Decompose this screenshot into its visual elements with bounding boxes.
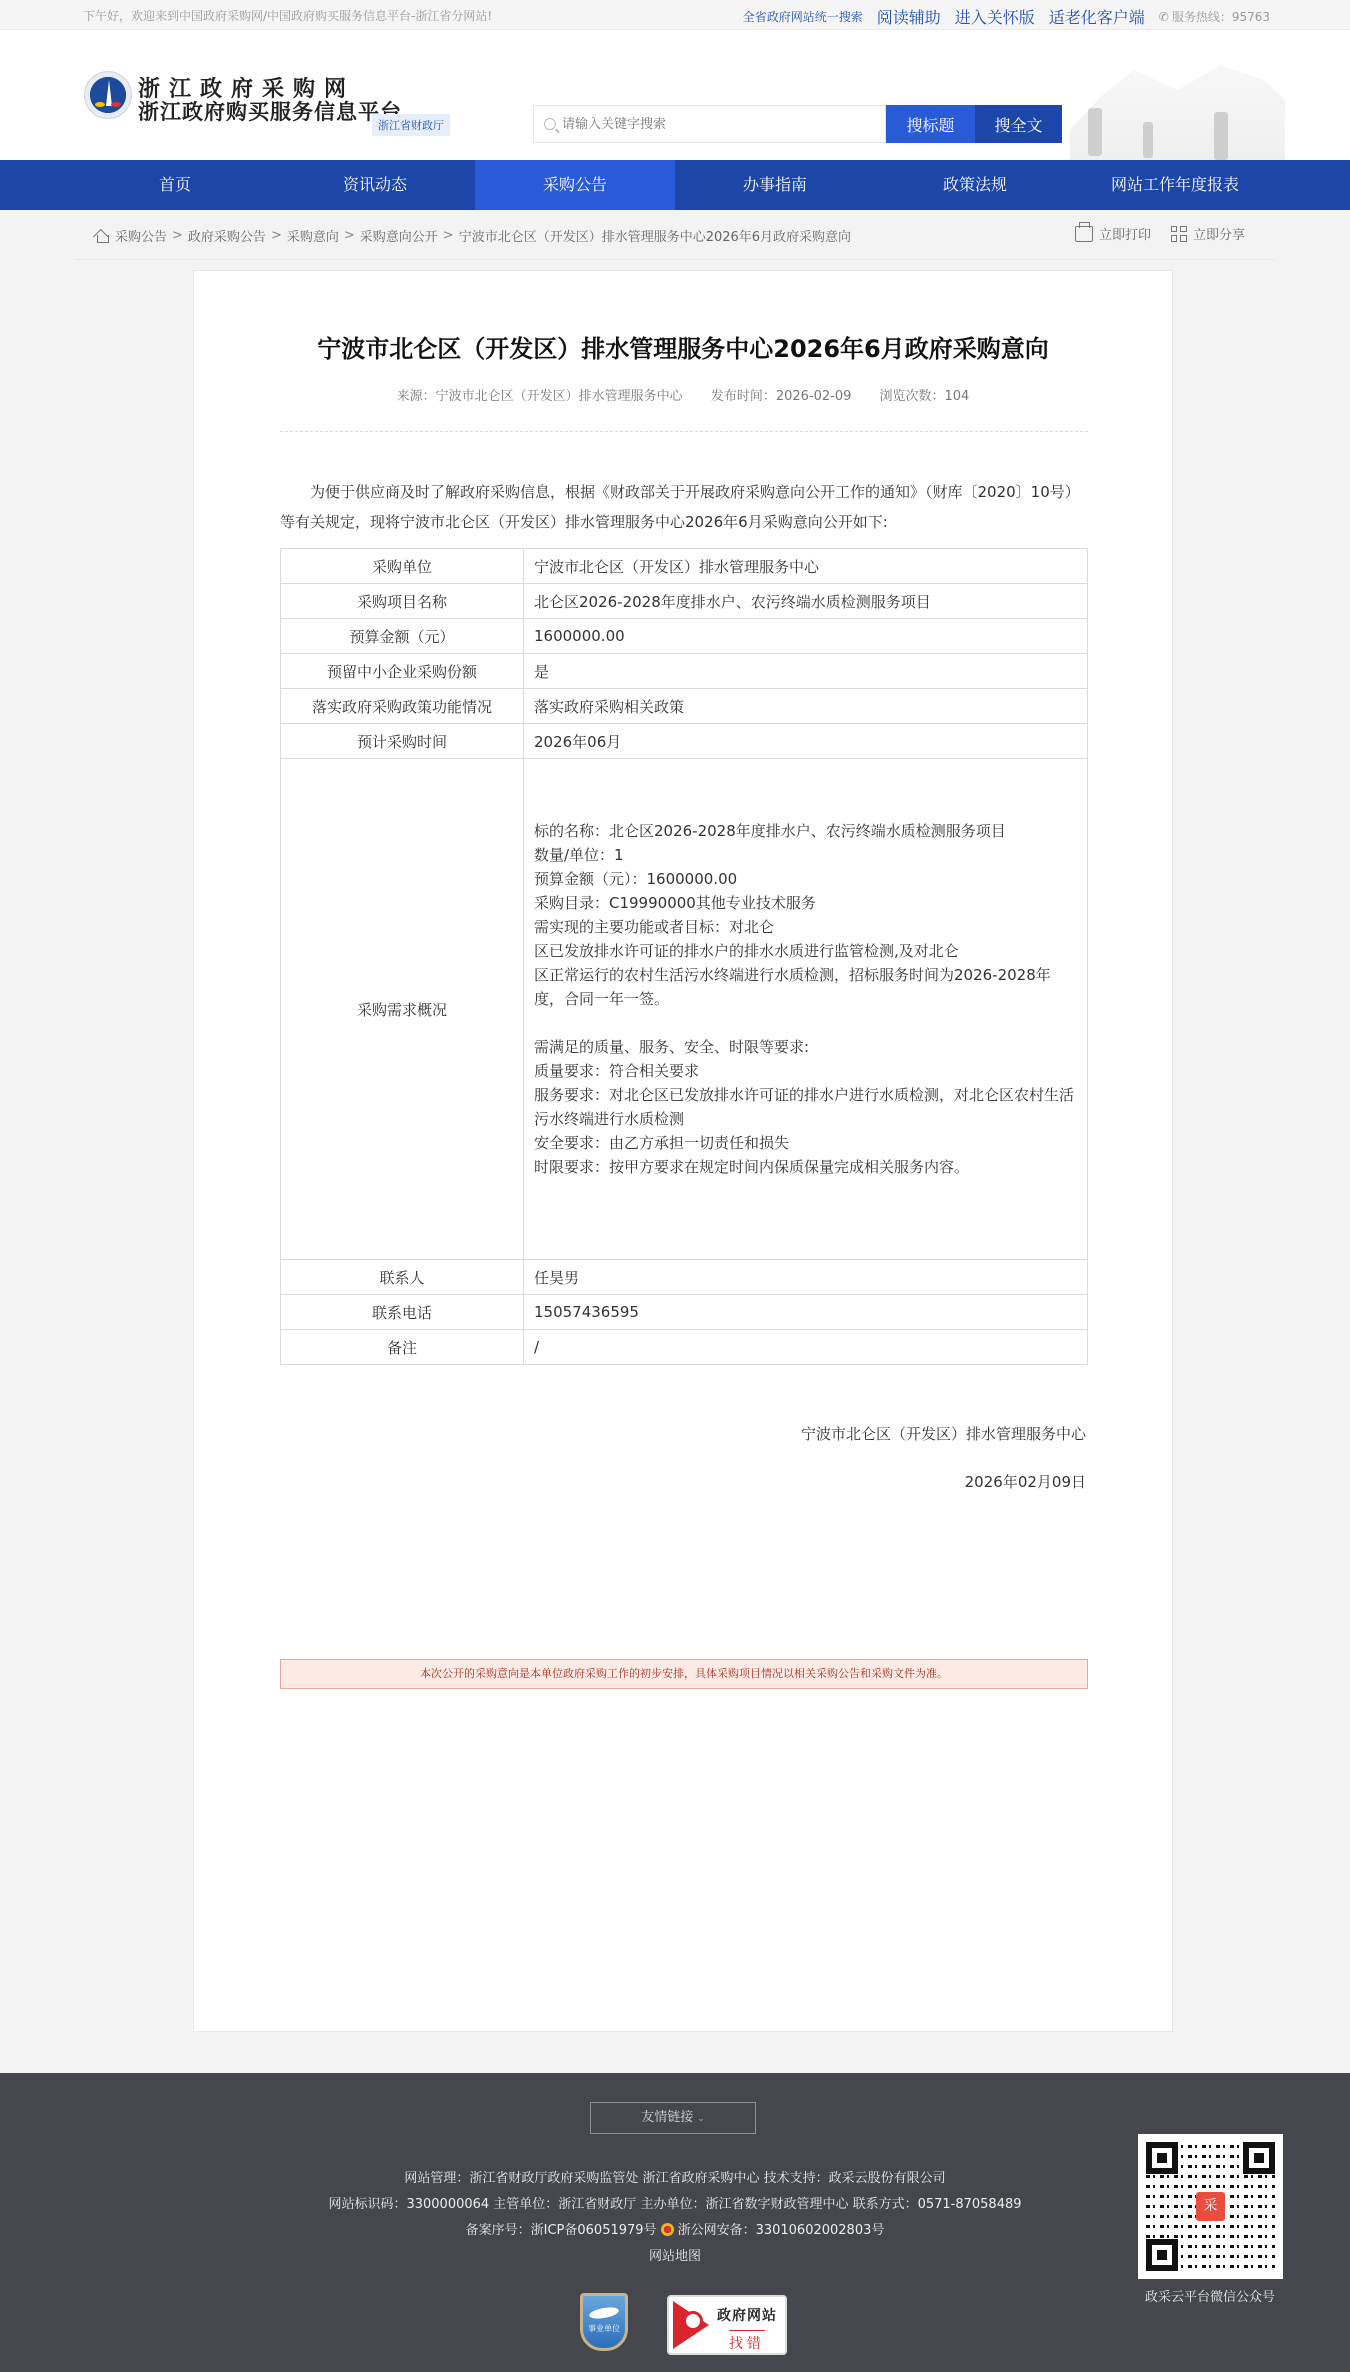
table-row: 预计采购时间2026年06月 <box>281 724 1088 759</box>
table-row: 预算金额（元）1600000.00 <box>281 619 1088 654</box>
error-report-label1: 政府网站 <box>717 2305 777 2325</box>
zcy-logo-icon: 采 <box>1196 2192 1225 2221</box>
public-institution-badge-icon[interactable]: 事业单位 <box>580 2293 628 2351</box>
nav-guide[interactable]: 办事指南 <box>675 160 875 210</box>
province-search-link[interactable]: 全省政府网站统一搜索 <box>743 8 863 25</box>
search-input[interactable] <box>562 117 862 132</box>
breadcrumb-item[interactable]: 采购意向 <box>287 226 339 245</box>
search-full-text-button[interactable]: 搜全文 <box>975 105 1062 143</box>
breadcrumb-item[interactable]: 采购意向公开 <box>360 226 438 245</box>
breadcrumb-item[interactable]: 采购公告 <box>115 226 167 245</box>
article-card: 宁波市北仑区（开发区）排水管理服务中心2026年6月政府采购意向 来源：宁波市北… <box>193 270 1173 2032</box>
header: 浙江政府采购网 浙江政府购买服务信息平台 浙江省财政厅 搜标题 搜全文 <box>0 30 1350 160</box>
share-button[interactable]: 立即分享 <box>1171 224 1245 243</box>
nav-procurement-notices[interactable]: 采购公告 <box>475 160 675 210</box>
search-icon <box>544 118 556 130</box>
elderly-client-link[interactable]: 适老化客户端 <box>1049 5 1145 28</box>
table-value: 宁波市北仑区（开发区）排水管理服务中心 <box>524 549 1088 584</box>
main-nav: 首页 资讯动态 采购公告 办事指南 政策法规 网站工作年度报表 <box>0 160 1350 210</box>
table-value: 15057436595 <box>524 1295 1088 1330</box>
share-label: 立即分享 <box>1193 224 1245 243</box>
sitemap-link[interactable]: 网站地图 <box>649 2249 701 2264</box>
search-box <box>533 105 886 143</box>
article-meta: 来源：宁波市北仑区（开发区）排水管理服务中心 发布时间：2026-02-09 浏… <box>194 385 1172 404</box>
pagoda-decoration <box>1088 108 1102 156</box>
nav-policies[interactable]: 政策法规 <box>875 160 1075 210</box>
table-key: 预计采购时间 <box>281 724 524 759</box>
footer: 友情链接⌄ 网站管理：浙江省财政厅政府采购监管处 浙江省政府采购中心 技术支持：… <box>0 2073 1350 2372</box>
police-badge-icon <box>661 2223 674 2236</box>
table-value: 是 <box>524 654 1088 689</box>
wechat-qr-code: 采 <box>1138 2134 1283 2279</box>
icp-link[interactable]: 备案序号：浙ICP备06051979号 <box>466 2223 657 2238</box>
procurement-info-table: 采购单位宁波市北仑区（开发区）排水管理服务中心采购项目名称北仑区2026-202… <box>280 548 1088 1365</box>
qr-caption: 政采云平台微信公众号 <box>1120 2286 1300 2305</box>
table-value: 落实政府采购相关政策 <box>524 689 1088 724</box>
table-row: 采购单位宁波市北仑区（开发区）排水管理服务中心 <box>281 549 1088 584</box>
table-key: 联系人 <box>281 1260 524 1295</box>
chevron-down-icon: ⌄ <box>697 2114 705 2124</box>
table-value: 北仑区2026-2028年度排水户、农污终端水质检测服务项目 <box>524 584 1088 619</box>
table-row: 采购项目名称北仑区2026-2028年度排水户、农污终端水质检测服务项目 <box>281 584 1088 619</box>
dept-badge: 浙江省财政厅 <box>372 114 450 136</box>
printer-icon <box>1075 226 1093 242</box>
article-title: 宁波市北仑区（开发区）排水管理服务中心2026年6月政府采购意向 <box>194 329 1172 364</box>
magnifier-icon <box>683 2311 703 2331</box>
table-value: / <box>524 1330 1088 1365</box>
pagoda-decoration <box>1214 112 1228 160</box>
signature-org: 宁波市北仑区（开发区）排水管理服务中心 <box>801 1423 1086 1444</box>
friend-links-label: 友情链接 <box>641 2110 693 2125</box>
print-label: 立即打印 <box>1099 224 1151 243</box>
site-logo-icon[interactable] <box>84 71 132 119</box>
top-bar: 下午好，欢迎来到中国政府采购网/中国政府购买服务信息平台-浙江省分网站! 全省政… <box>0 0 1350 30</box>
article-source: 来源：宁波市北仑区（开发区）排水管理服务中心 <box>397 389 683 404</box>
table-row: 采购需求概况标的名称：北仑区2026-2028年度排水户、农污终端水质检测服务项… <box>281 759 1088 1260</box>
table-row: 备注/ <box>281 1330 1088 1365</box>
table-key: 备注 <box>281 1330 524 1365</box>
disclaimer-notice: 本次公开的采购意向是本单位政府采购工作的初步安排，具体采购项目情况以相关采购公告… <box>280 1659 1088 1689</box>
article-views: 浏览次数：104 <box>880 389 970 404</box>
table-key: 联系电话 <box>281 1295 524 1330</box>
shield-badge-label: 事业单位 <box>583 2323 625 2334</box>
hotline: ✆服务热线：95763 <box>1159 8 1270 25</box>
table-key: 预算金额（元） <box>281 619 524 654</box>
error-report-label2: 找错 <box>729 2330 765 2353</box>
site-name-line2: 浙江政府购买服务信息平台 <box>138 96 402 126</box>
table-value: 1600000.00 <box>524 619 1088 654</box>
hotline-text: 服务热线：95763 <box>1172 8 1270 25</box>
reading-assist-link[interactable]: 阅读辅助 <box>877 5 941 28</box>
home-icon[interactable] <box>95 229 109 242</box>
article-intro: 为便于供应商及时了解政府采购信息，根据《财政部关于开展政府采购意向公开工作的通知… <box>280 477 1088 537</box>
table-value: 任昊男 <box>524 1260 1088 1295</box>
table-row: 预留中小企业采购份额是 <box>281 654 1088 689</box>
table-key: 预留中小企业采购份额 <box>281 654 524 689</box>
police-record-link[interactable]: 浙公网安备：33010602002803号 <box>678 2223 885 2238</box>
divider <box>280 431 1088 432</box>
signature-date: 2026年02月09日 <box>965 1471 1086 1492</box>
table-key: 采购需求概况 <box>281 759 524 1260</box>
table-value: 标的名称：北仑区2026-2028年度排水户、农污终端水质检测服务项目 数量/单… <box>524 759 1088 1260</box>
table-key: 落实政府采购政策功能情况 <box>281 689 524 724</box>
table-row: 联系人任昊男 <box>281 1260 1088 1295</box>
breadcrumb-current: 宁波市北仑区（开发区）排水管理服务中心2026年6月政府采购意向 <box>459 226 851 245</box>
table-key: 采购项目名称 <box>281 584 524 619</box>
print-button[interactable]: 立即打印 <box>1075 224 1151 243</box>
landscape-decoration <box>1070 60 1285 160</box>
breadcrumb-bar: 采购公告> 政府采购公告> 采购意向> 采购意向公开> 宁波市北仑区（开发区）排… <box>75 210 1275 260</box>
gov-site-error-report-button[interactable]: 政府网站 找错 <box>667 2295 787 2355</box>
table-row: 联系电话15057436595 <box>281 1295 1088 1330</box>
breadcrumb-item[interactable]: 政府采购公告 <box>188 226 266 245</box>
friend-links-dropdown[interactable]: 友情链接⌄ <box>590 2102 756 2134</box>
breadcrumb: 采购公告> 政府采购公告> 采购意向> 采购意向公开> 宁波市北仑区（开发区）排… <box>95 226 851 245</box>
qr-code-icon <box>1171 226 1187 242</box>
table-value: 2026年06月 <box>524 724 1088 759</box>
phone-icon: ✆ <box>1159 10 1169 24</box>
welcome-text: 下午好，欢迎来到中国政府采购网/中国政府购买服务信息平台-浙江省分网站! <box>83 7 492 24</box>
nav-news[interactable]: 资讯动态 <box>275 160 475 210</box>
nav-home[interactable]: 首页 <box>75 160 275 210</box>
care-version-link[interactable]: 进入关怀版 <box>955 5 1035 28</box>
article-publish-time: 发布时间：2026-02-09 <box>711 389 852 404</box>
nav-annual-report[interactable]: 网站工作年度报表 <box>1075 160 1275 210</box>
search-title-button[interactable]: 搜标题 <box>886 105 975 143</box>
table-key: 采购单位 <box>281 549 524 584</box>
pagoda-decoration <box>1143 122 1153 158</box>
table-row: 落实政府采购政策功能情况落实政府采购相关政策 <box>281 689 1088 724</box>
